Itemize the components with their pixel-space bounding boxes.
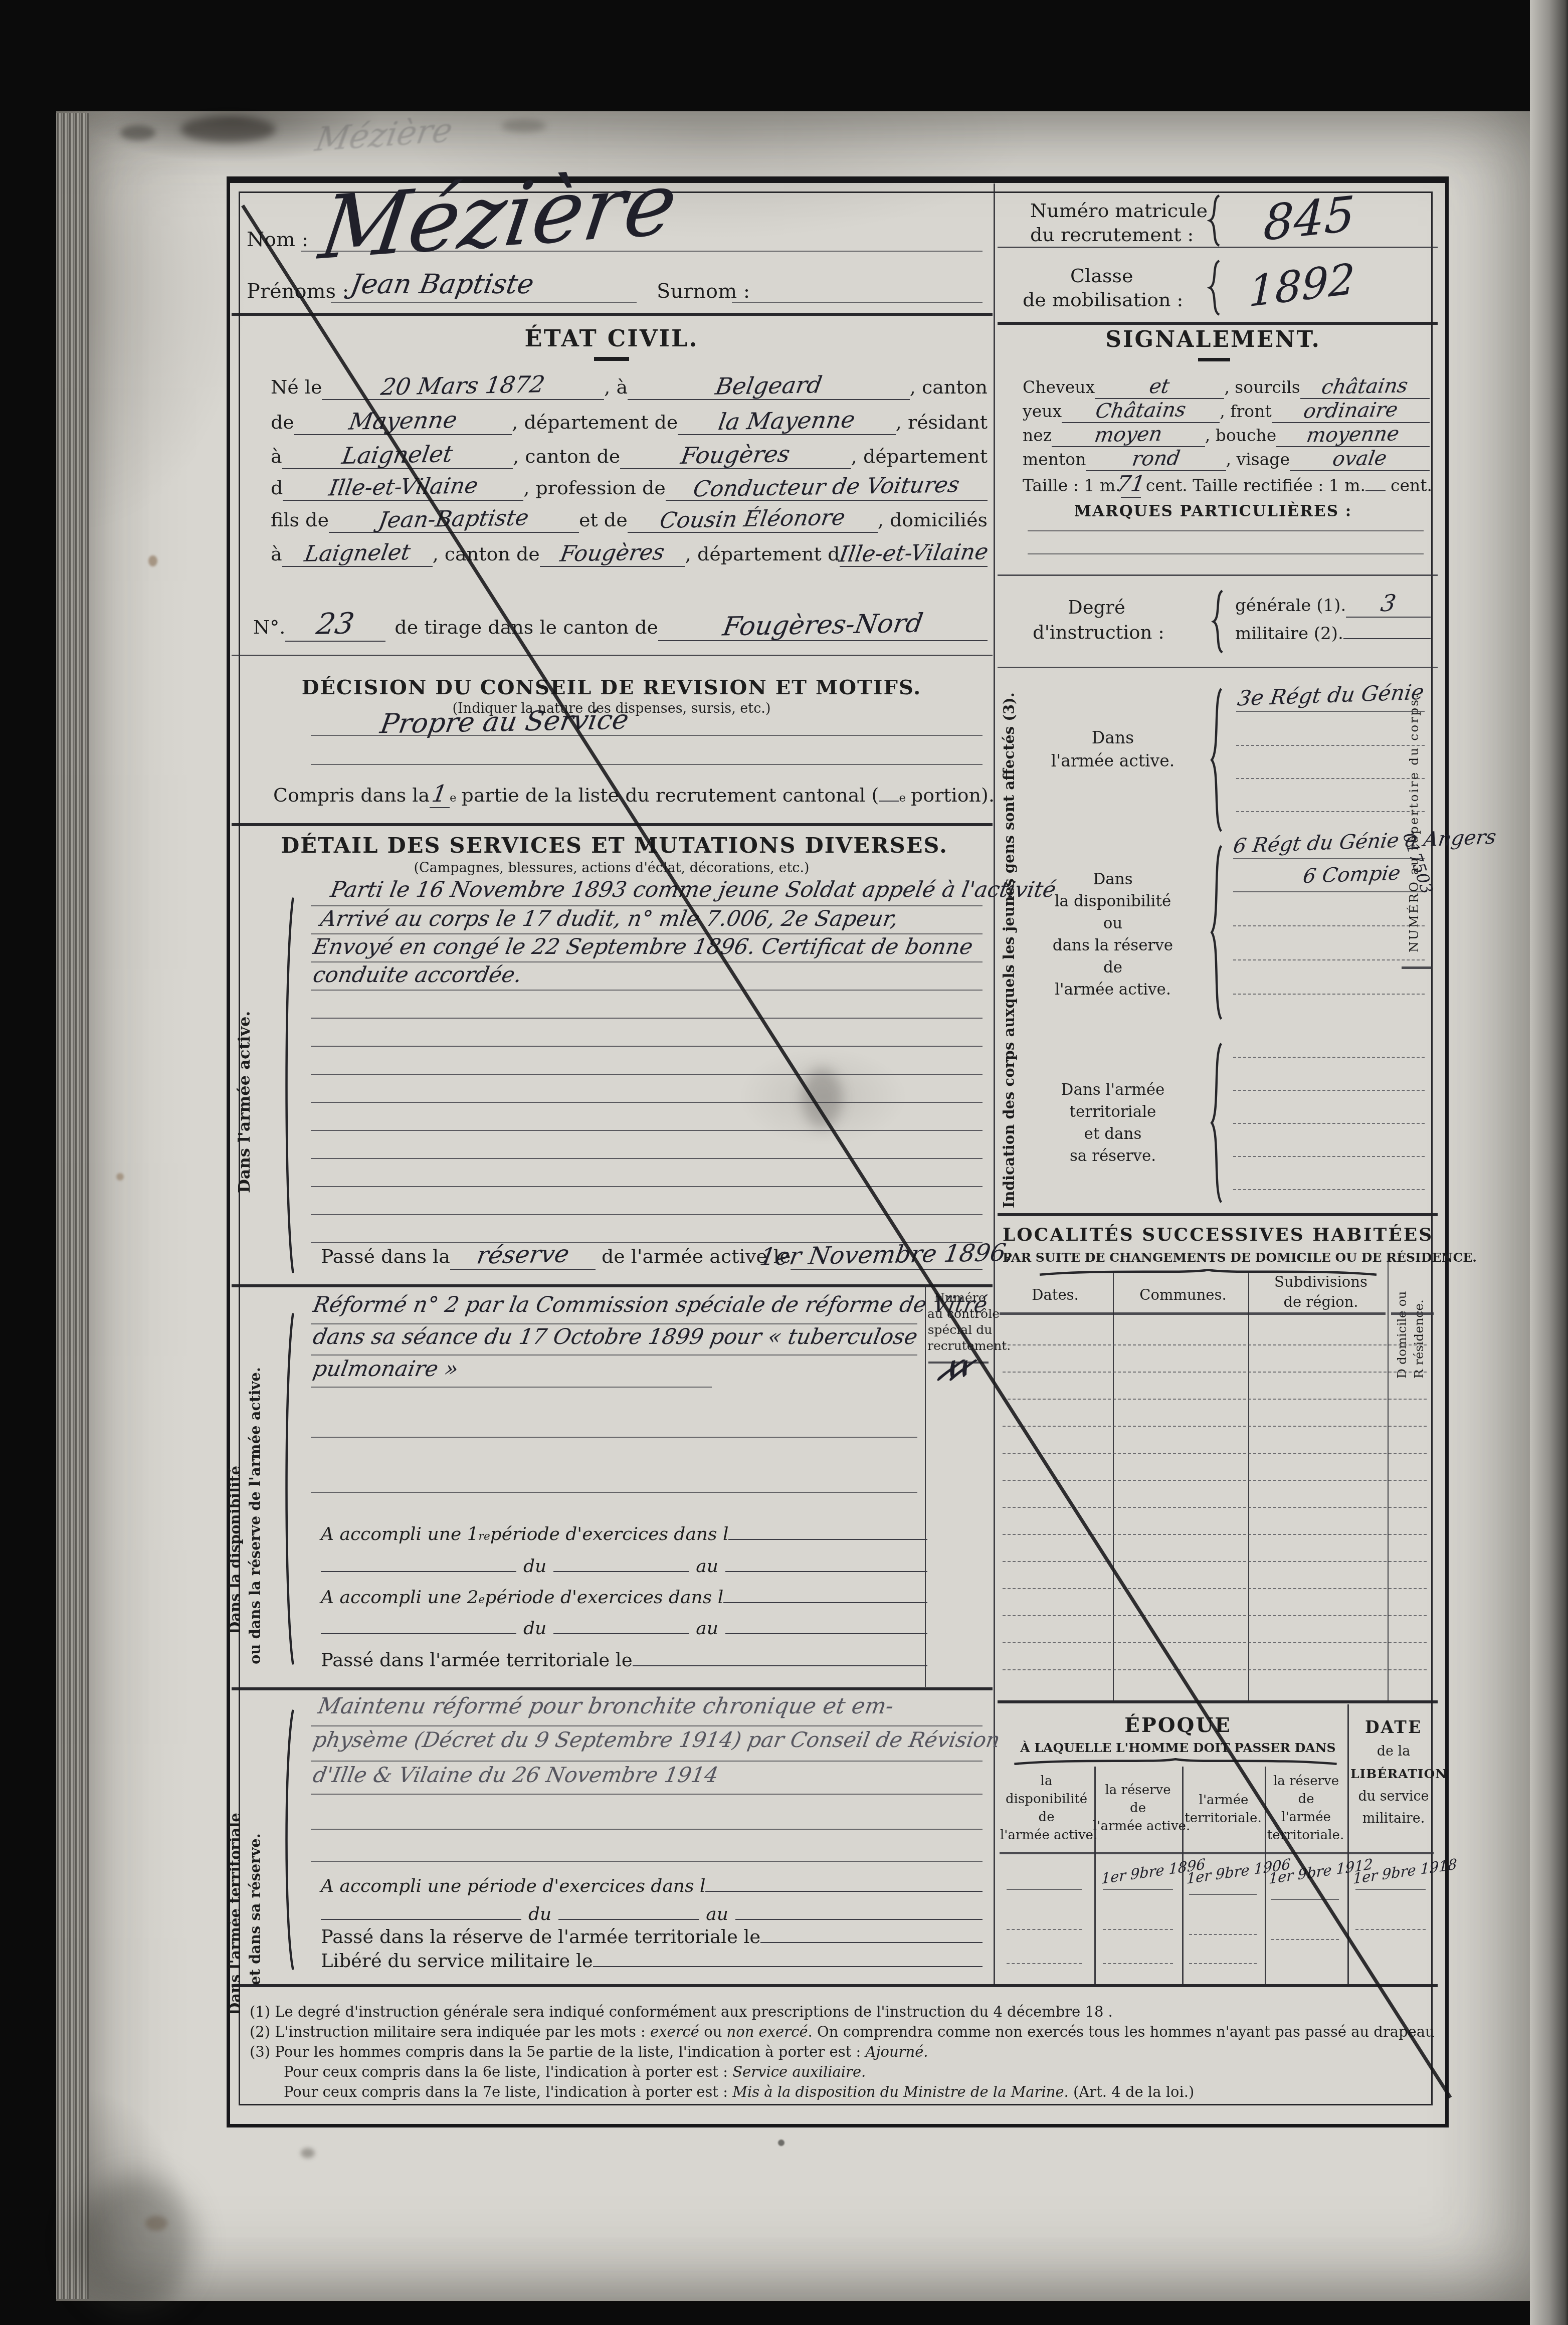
table-row [1003,1534,1427,1535]
side-label-indication-corps: Indication des corps auxquels les jeunes… [1001,682,1018,1208]
divider [232,1984,1438,1987]
degre-label-1: Degré [1068,597,1125,618]
fils-de-label: fils de [271,509,329,531]
maintenu-line-3: d'Ille & Vilaine du 26 Novembre 1914 [311,1763,720,1787]
signalement-title: SIGNALEMENT. [1053,327,1374,352]
footnote-1: (1) Le degré d'instruction générale sera… [250,2003,1113,2020]
corps-terr-label-1: Dans l'armée [1043,1081,1183,1099]
rule [1028,553,1424,554]
reforme-line-3: pulmonaire » [311,1357,461,1382]
periode2-label-2: période d'exercices dans l [485,1587,723,1608]
date-col-line: LIBÉRATION [1350,1767,1437,1781]
footnote-3: (3) Pour les hommes compris dans la 5e p… [250,2043,928,2060]
parents-commune: Laignelet [302,539,412,567]
footnote-4: Pour ceux compris dans la 6e liste, l'in… [284,2063,866,2080]
corps-dispo-label-1: Dans [1058,870,1168,888]
a-label: , à [604,376,628,398]
rule [311,1437,917,1438]
epoque-col2-line: de [1098,1801,1178,1816]
ornament-dash [594,357,629,361]
compris-label-2: partie de la liste du recrutement canton… [462,784,879,806]
rule [311,1387,712,1388]
sourcils-label: , sourcils [1224,377,1300,397]
du-label: du [528,1904,551,1924]
au-label: au [706,1904,728,1924]
scanned-register-page: Mézière Nom : Mézière Prénoms : Jean Bap… [0,0,1568,2325]
matricule-label-2: du recrutement : [1030,224,1194,246]
footnote-5: Pour ceux compris dans la 7e liste, l'in… [284,2083,1194,2100]
cheveux-label: Cheveux [1023,377,1095,397]
side-label-armee-active: Dans l'armée active. [235,952,254,1193]
periode1-label: A accompli une 1 [321,1524,479,1544]
divider [998,574,1438,576]
stain [501,119,546,132]
services-title: DÉTAIL DES SERVICES ET MUTATIONS DIVERSE… [281,833,942,858]
table-row [1003,1453,1427,1454]
canton-de-label: , canton de [513,445,620,467]
epoque-col2-line: la réserve [1098,1783,1178,1798]
table-row [1003,1372,1427,1373]
corps-dispo-label-6: l'armée active. [1038,981,1188,999]
divider [998,247,1438,248]
table-row [1003,1588,1427,1589]
degre-label-2: d'instruction : [1033,622,1164,643]
departement-label: , département [851,445,988,467]
decision-title: DÉCISION DU CONSEIL DE REVISION ET MOTIF… [281,676,942,699]
rule [311,1725,983,1726]
divider [232,655,993,656]
epoque-col4-line: la réserve [1267,1774,1345,1789]
service-line-4: conduite accordée. [311,962,524,988]
side-label-territoriale-2: et dans sa réserve. [247,1765,264,1985]
epoque-title: ÉPOQUE [1023,1713,1333,1737]
stain [180,116,276,142]
bouche-value: moyenne [1305,422,1401,447]
rule [311,1761,983,1762]
matricule-label: Numéro matricule [1030,200,1208,222]
column-divider [994,183,995,1985]
taille-label: Taille : 1 m. [1023,476,1121,495]
divider [232,1687,993,1690]
rule [1103,1889,1173,1890]
d-label: d [271,477,283,499]
father-name: Jean-Baptiste [377,505,531,533]
passe-reserve-label: Passé dans la [321,1245,450,1267]
maintenu-line-2: physème (Décret du 9 Septembre 1914) par… [311,1727,1002,1752]
reforme-line-2: dans sa séance du 17 Octobre 1899 pour «… [311,1324,920,1349]
periode2-label: A accompli une 2 [321,1587,479,1608]
de-label: de [271,411,294,433]
service-line-2: Arrivé au corps le 17 dudit, n° mle 7.00… [319,906,900,931]
footnote-2-text: (2) L'instruction militaire sera indiqué… [250,2023,650,2040]
rule [1189,1963,1257,1964]
table-row [1003,1426,1427,1427]
sup-e: e [450,792,457,805]
rule [1007,1963,1082,1964]
col-header-subdivisions-1: Subdivisions [1263,1273,1379,1290]
book-page-edges [56,113,89,2299]
rule [1271,1899,1339,1900]
rule [1236,811,1425,812]
compris-label: Compris dans la [273,784,430,806]
nez-label: nez [1023,426,1052,445]
rule [1007,1889,1082,1890]
stain [301,2148,315,2158]
header-underline [1000,1312,1386,1315]
table-row [1003,1561,1427,1562]
divider [998,1213,1438,1216]
col-header-dates: Dates. [1003,1286,1108,1303]
services-subtitle: (Campagnes, blessures, actions d'éclat, … [281,860,942,876]
compris-label-3: portion). [911,784,995,806]
au-label: au [696,1556,718,1577]
localites-title: LOCALITÉS SUCCESSIVES HABITÉES [1003,1224,1424,1245]
section-brace [282,1704,295,1975]
corps-terr-label-3: et dans [1043,1125,1183,1143]
footnote-4-text: Pour ceux compris dans la 6e liste, l'in… [284,2063,732,2080]
domicilies-label: , domiciliés [878,509,988,531]
yeux-value: Châtains [1094,398,1188,423]
rule [1233,925,1425,926]
table-row [1003,1344,1427,1345]
rule [1189,1934,1257,1935]
nom-label: Nom : [247,228,308,251]
rule [1271,1939,1339,1940]
passe-territoriale-label: Passé dans l'armée territoriale le [321,1649,633,1671]
generale-label: générale (1). [1235,596,1346,616]
section-brace [282,1306,295,1672]
corps-active-label-1: Dans [1053,728,1173,747]
date-col-line: DATE [1353,1717,1434,1737]
epoque-col1-line: l'armée active. [1000,1828,1093,1843]
rule [1402,966,1432,969]
reforme-line-1: Réformé n° 2 par la Commission spéciale … [311,1292,990,1317]
menton-label: menton [1023,450,1086,469]
service-line-1: Parti le 16 Novembre 1893 comme jeune So… [329,877,1058,902]
prenoms-value: Jean Baptiste [348,268,536,300]
stain [116,1173,124,1181]
militaire-label: militaire (2). [1235,624,1343,644]
divider [998,667,1438,668]
corps-dispo-value-2: 6 Compie [1301,862,1402,888]
periode-territoriale-label: A accompli une période d'exercices dans … [321,1876,705,1896]
localites-subtitle: PAR SUITE DE CHANGEMENTS DE DOMICILE OU … [1003,1250,1424,1265]
date-col-line: de la [1353,1743,1434,1759]
table-row [1003,1480,1427,1481]
canton-label: , canton [910,376,988,398]
table-row [1003,1399,1427,1400]
epoque-col2-line: l'armée active. [1093,1819,1183,1834]
rule [1007,1929,1082,1930]
passe-reserve-value: réserve [475,1240,571,1269]
corps-terr-label-2: territoriale [1043,1103,1183,1121]
front-value: ordinaire [1302,398,1400,423]
sourcils-value: châtains [1320,374,1410,399]
front-label: , front [1220,402,1271,421]
sup-e: e [899,792,906,805]
libere-service-label: Libéré du service militaire le [321,1950,593,1972]
profession-value: Conducteur de Voitures [692,472,962,502]
col-header-subdivisions-2: de région. [1263,1293,1379,1310]
epoque-col1-line: disponibilité [1003,1792,1090,1807]
corps-dispo-label-3: ou [1058,914,1168,932]
nez-value: moyen [1093,423,1164,447]
divider [232,1284,993,1287]
rule [1236,745,1425,746]
sup: re [479,1530,490,1543]
et-de-label: et de [579,509,628,531]
liste-partie-value: 1 [430,780,449,808]
side-label-territoriale-1: Dans l'armée territoriale [227,1734,244,2015]
departement-d-label: , département d [685,543,840,565]
stain [148,555,157,566]
date-col-line: militaire. [1353,1811,1434,1826]
numero-label: N°. [253,616,285,638]
rule [311,1794,983,1795]
footnote-5-italic: Mis à la disposition du Ministre de la M… [732,2083,1069,2100]
birth-place: Belgeard [713,371,824,400]
surnom-label: Surnom : [657,280,750,303]
decision-value: Propre au Service [378,704,631,740]
horizontal-brace [1008,1758,1343,1766]
residence-departement: Ille-et-Vilaine [327,473,480,501]
rule [1236,778,1425,779]
rule [311,1861,983,1862]
residence-canton: Fougères [679,440,792,469]
header-underline [1000,1852,1434,1854]
rule [1233,1156,1425,1157]
passe-reserve-date: 1er Novembre 1896. [758,1239,1016,1271]
rule [1233,1090,1425,1091]
brace [1209,686,1222,834]
visage-label: , visage [1226,450,1290,469]
matricule-value: 845 [1263,185,1356,252]
col-header-communes: Communes. [1123,1286,1243,1303]
cheveux-value: et [1148,375,1171,399]
du-label: du [523,1556,546,1577]
rule [1355,1929,1426,1930]
footnote-2-text: . On comprendra comme non exercés tous l… [808,2023,1435,2040]
brace [1209,1040,1222,1206]
footnote-5-text: Pour ceux compris dans la 7e liste, l'in… [284,2083,732,2100]
classe-label-2: de mobilisation : [1023,289,1183,311]
footnote-2-text: ou [699,2023,727,2040]
table-divider [1094,1767,1096,1984]
rule [311,764,983,765]
birth-canton: Mayenne [347,406,459,435]
cent-label: cent. [1391,476,1432,495]
rule [1233,1123,1425,1124]
rule [1103,1929,1173,1930]
rule [1103,1963,1173,1964]
epoque-subtitle: À LAQUELLE L'HOMME DOIT PASSER DANS [1003,1740,1353,1755]
header-underline [1391,1312,1434,1315]
stain [778,2140,785,2146]
rule [1233,858,1425,859]
epoque-col4-line: de [1267,1792,1345,1807]
yeux-label: yeux [1023,402,1062,421]
rule [1355,1889,1426,1890]
bouche-label: , bouche [1205,426,1277,445]
residant-label: , résidant [896,411,988,433]
table-divider [1248,1273,1249,1700]
next-page-edge [1530,0,1568,2325]
birth-date: 20 Mars 1872 [379,370,547,401]
service-line-3: Envoyé en congé le 22 Septembre 1896. Ce… [311,934,975,959]
tirage-canton: Fougères-Nord [721,609,925,642]
divider [998,1700,1438,1703]
profession-label: , profession de [523,477,665,499]
footnote-3-italic: Ajourné. [866,2043,928,2060]
footnote-2: (2) L'instruction militaire sera indiqué… [250,2023,1435,2040]
rule [331,302,637,303]
maintenu-line-1: Maintenu réformé pour bronchite chroniqu… [316,1693,896,1719]
col-header-residence: R résidence. [1412,1263,1426,1379]
generale-value: 3 [1379,590,1398,617]
footnote-4-italic: Service auxiliaire. [732,2063,866,2080]
rule [1233,959,1425,960]
epoque-col4-line: l'armée [1267,1810,1345,1825]
section-brace [282,890,295,1281]
controle-label-4: recrutement. [927,1338,993,1353]
table-row [1003,1615,1427,1616]
epoque-col3-line: l'armée [1186,1793,1261,1808]
corps-dispo-label-5: de [1058,958,1168,977]
side-label-disponibilite-2: ou dans la réserve de l'armée active. [247,1313,264,1664]
mother-name: Cousin Éléonore [658,505,847,533]
rule [311,1829,983,1830]
parents-canton: Fougères [558,539,667,567]
passe-reserve-territoriale-label: Passé dans la réserve de l'armée territo… [321,1926,760,1948]
footnote-5-text: (Art. 4 de la loi.) [1069,2083,1194,2100]
table-divider [1113,1273,1114,1700]
table-row [1003,1642,1427,1643]
parents-departement: Ille-et-Vilaine [837,539,990,567]
du-label: du [523,1618,546,1639]
col-header-domicile: D domicile ou [1395,1263,1409,1379]
menton-value: rond [1130,447,1182,471]
visage-value: ovale [1331,447,1389,471]
stain [75,2176,195,2311]
divider [232,823,993,826]
a-label: à [271,445,282,467]
table-row [1003,1507,1427,1508]
date-col-line: du service [1353,1789,1434,1804]
brace [1211,590,1223,654]
corps-active-label-2: l'armée active. [1043,751,1183,770]
taille-rectifiee-label: cent. Taille rectifiée : 1 m. [1146,476,1365,495]
table-row [1003,1669,1427,1670]
side-label-disponibilite-1: Dans la disponibilité [227,1343,244,1634]
epoque-col1-line: la [1003,1774,1090,1789]
rule [311,735,983,736]
rule [311,1492,917,1493]
tirage-number: 23 [314,606,357,641]
rule [1236,711,1425,712]
corps-dispo-label-2: la disponibilité [1038,892,1188,910]
footnote-2-italic: non exercé [727,2023,808,2040]
brace [1207,195,1220,247]
rule [732,302,983,303]
departement-label: , département de [512,411,678,433]
brace [1207,260,1220,316]
classe-label: Classe [1070,265,1133,287]
rule [1233,1189,1425,1190]
birth-departement: la Mayenne [716,406,857,436]
etat-civil-title: ÉTAT CIVIL. [451,325,772,352]
rule [1233,891,1425,892]
rule [1233,1057,1425,1058]
au-label: au [696,1618,718,1639]
marques-label: MARQUES PARTICULIÈRES : [1053,502,1374,520]
divider [232,313,993,316]
sup: e [479,1594,485,1606]
ornament-dash [1198,358,1230,361]
rule [311,1354,917,1355]
rule [1189,1894,1257,1895]
footnote-3-text: (3) Pour les hommes compris dans la 5e p… [250,2043,866,2060]
corps-terr-label-4: sa réserve. [1043,1147,1183,1165]
epoque-col4-line: territoriale. [1264,1828,1347,1843]
rule [1233,994,1425,995]
brace [1209,842,1222,1023]
epoque-col3-line: territoriale. [1183,1811,1263,1826]
a-label: à [271,543,282,565]
ne-le-label: Né le [271,376,322,398]
corps-dispo-label-4: dans la réserve [1038,936,1188,954]
epoque-col1-line: de [1003,1810,1090,1825]
footnote-2-italic: exercé [650,2023,699,2040]
canton-de-label: , canton de [433,543,540,565]
taille-value: 71 [1115,471,1147,497]
table-divider [1388,1253,1389,1700]
rule [1028,530,1424,531]
divider [998,322,1438,325]
side-label-numero-repertoire: NUMÉRO au répertoire du corps. [1407,692,1421,952]
stain [120,125,155,140]
periode1-label-2: période d'exercices dans l [490,1524,729,1544]
tirage-label: de tirage dans le canton de [395,616,658,638]
